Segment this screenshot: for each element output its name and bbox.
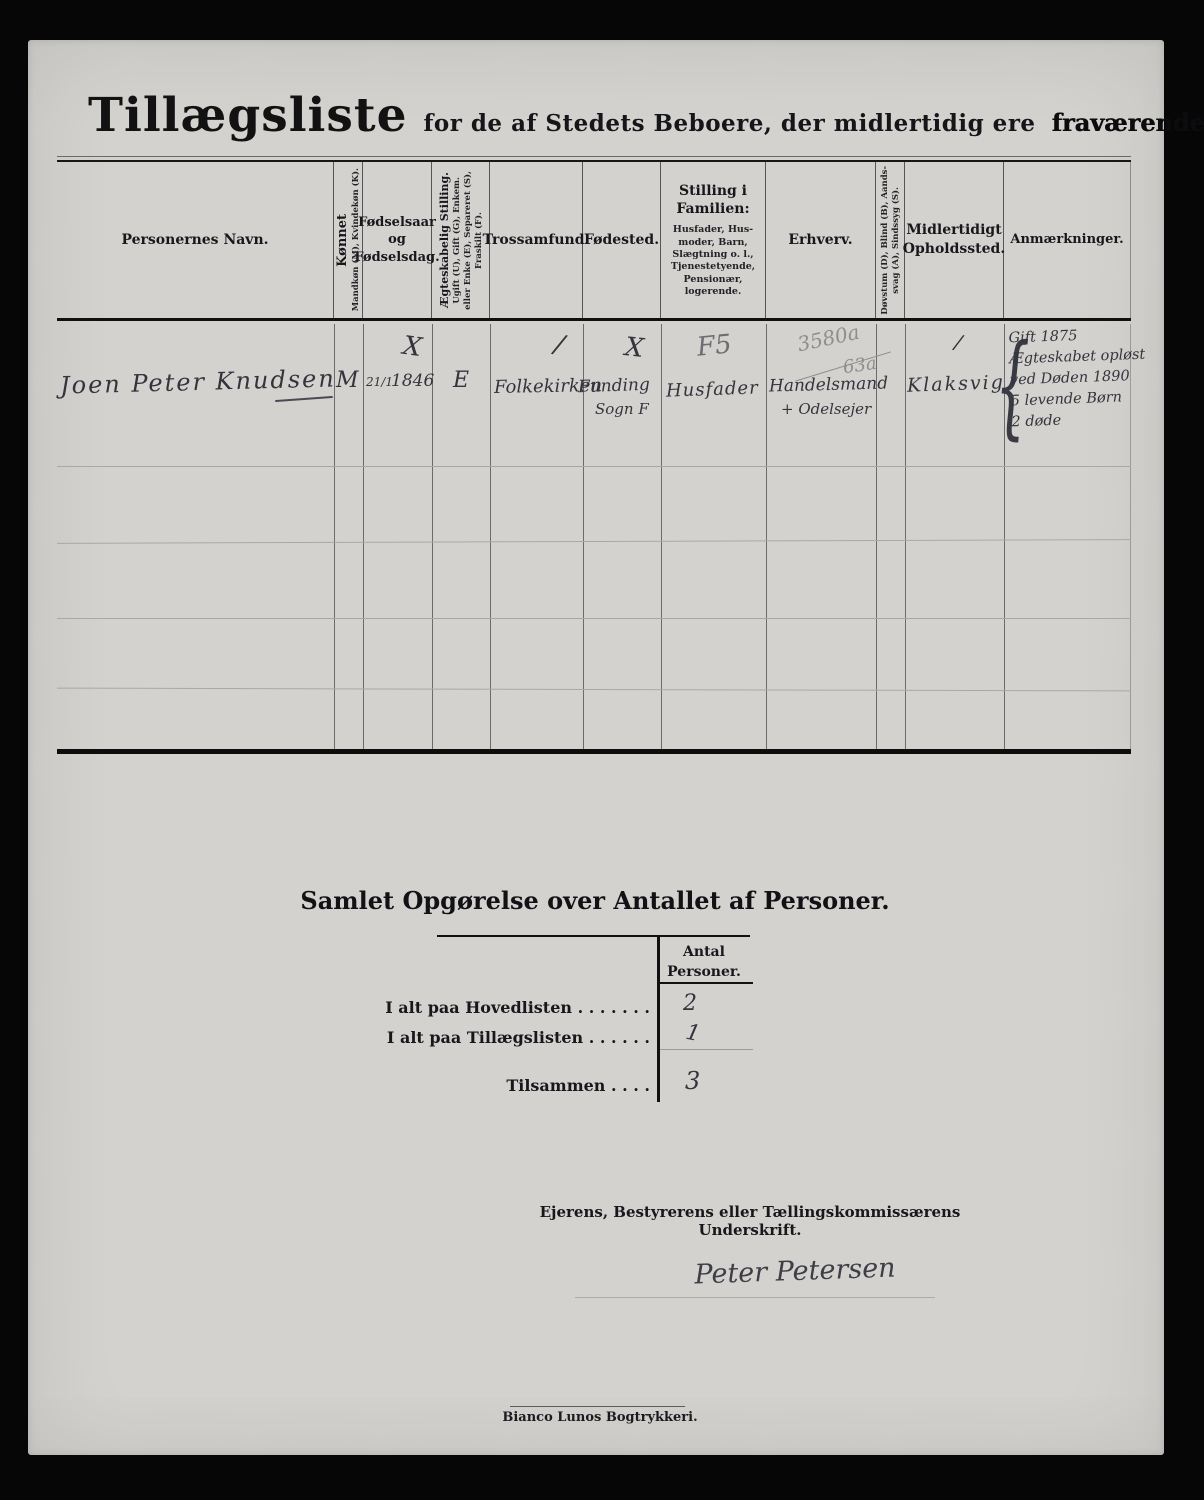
column-header-sex-sub: Mandkøn (M), Kvindekøn (K).	[351, 168, 361, 311]
column-header-birthplace: Fødested.	[583, 162, 661, 318]
check-mark-birth: X	[401, 331, 424, 363]
entry-birth-year: 1846	[391, 371, 434, 391]
row-rule	[57, 618, 1131, 619]
pencil-note-parcel: 3580a	[795, 320, 861, 357]
column-header-occupation-label: Erhverv.	[788, 231, 852, 250]
column-header-birthplace-label: Fødested.	[584, 231, 659, 250]
summary-subtotal-rule	[660, 1049, 753, 1050]
column-header-residence-label: Midlertidigt Opholdssted.	[903, 221, 1005, 259]
entry-birthplace-line2: Sogn F	[595, 400, 649, 418]
column-header-family-position-label: Stilling i Familien:	[663, 182, 763, 220]
column-header-marital-main: Ægteskabelig Stilling.	[438, 172, 451, 308]
table-top-hairline	[57, 156, 1131, 157]
column-header-remarks: Anmærkninger.	[1004, 162, 1131, 318]
summary-row-hovedlisten-value: 2	[683, 991, 697, 1016]
signature-handwritten: Peter Petersen	[645, 1251, 946, 1292]
column-header-birthdate: Fødselsaar og Fødselsdag.	[363, 162, 432, 318]
check-mark-residence: /	[953, 330, 964, 355]
signature-rule	[575, 1297, 935, 1298]
printer-imprint: Bianco Lunos Bogtrykkeri.	[470, 1410, 730, 1425]
column-header-disability-line1: Døvstum (D), Blind (B), Aands-	[880, 166, 890, 315]
form-title-subtitle: for de af Stedets Beboere, der midlertid…	[423, 110, 1035, 137]
column-header-marital: Ægteskabelig Stilling. Ugift (U), Gift (…	[432, 162, 490, 318]
census-table-header: Personernes Navn. Kønnet Mandkøn (M), Kv…	[57, 160, 1131, 321]
column-rule	[661, 324, 662, 749]
summary-col-header: Antal Personer.	[658, 943, 750, 982]
row-rule	[57, 688, 1131, 692]
signature-caption: Ejerens, Bestyrerens eller Tællingskommi…	[500, 1203, 1000, 1239]
summary-row-tillaegslisten-label: I alt paa Tillægslisten . . . . . .	[228, 1028, 650, 1047]
entry-birthplace-line1: Funding	[578, 375, 650, 397]
entry-sex: M	[336, 368, 359, 393]
summary-col-header-line2: Personer.	[658, 963, 750, 983]
column-header-disability: Døvstum (D), Blind (B), Aands- svag (A),…	[876, 162, 905, 318]
census-table-body: Joen Peter Knudsen M 21/1 1846 X E Folke…	[57, 324, 1131, 754]
summary-col-header-line1: Antal	[658, 943, 750, 963]
column-header-name: Personernes Navn.	[57, 162, 334, 318]
column-header-sex: Kønnet Mandkøn (M), Kvindekøn (K).	[334, 162, 363, 318]
column-header-remarks-label: Anmærkninger.	[1010, 231, 1123, 249]
form-title-main: Tillægsliste	[88, 88, 407, 143]
column-header-family-position: Stilling i Familien: Husfader, Hus-moder…	[661, 162, 766, 318]
column-header-family-position-sub: Husfader, Hus-moder, Barn, Slægtning o. …	[663, 224, 763, 298]
entry-residence: Klaksvig	[907, 371, 1006, 396]
row-rule	[57, 539, 1131, 544]
column-header-name-label: Personernes Navn.	[121, 231, 268, 250]
printer-rule	[510, 1406, 685, 1407]
column-header-disability-line2: svag (A), Sindssyg (S).	[891, 187, 901, 294]
entry-family-position: Husfader	[666, 377, 759, 401]
entry-birth-day: 21/1	[366, 375, 393, 389]
entry-name: Joen Peter Knudsen	[60, 364, 336, 399]
form-title: Tillægsliste for de af Stedets Beboere, …	[88, 88, 1204, 143]
summary-heading: Samlet Opgørelse over Antallet af Person…	[300, 886, 890, 915]
summary-top-rule	[437, 935, 750, 937]
column-rule	[905, 324, 906, 749]
column-header-marital-sub2: eller Enke (E), Separeret (S),	[463, 171, 473, 310]
row-rule	[57, 466, 1131, 467]
entry-occupation-line1: Handelsmand	[769, 373, 889, 396]
summary-row-tillaegslisten-value: 1	[684, 1020, 703, 1047]
summary-header-rule	[660, 982, 753, 984]
column-header-marital-sub3: Fraskilt (F).	[474, 212, 484, 269]
column-header-sex-main: Kønnet	[335, 214, 350, 267]
column-header-marital-sub1: Ugift (U), Gift (G), Enkem.	[452, 177, 462, 304]
check-mark-birthplace: X	[623, 332, 645, 364]
scan-background: Tillægsliste for de af Stedets Beboere, …	[0, 0, 1204, 1500]
column-header-birthdate-label: Fødselsaar og Fødselsdag.	[354, 214, 439, 267]
pen-flourish	[275, 396, 333, 402]
column-header-occupation: Erhverv.	[766, 162, 876, 318]
column-rule	[766, 324, 767, 749]
column-header-religion: Trossamfund.	[490, 162, 583, 318]
check-mark-religion: /	[552, 329, 567, 360]
column-header-residence: Midlertidigt Opholdssted.	[905, 162, 1004, 318]
check-mark-family: F5	[696, 329, 734, 362]
summary-row-total-value: 3	[685, 1067, 700, 1095]
column-rule	[490, 324, 491, 749]
document-page: Tillægsliste for de af Stedets Beboere, …	[28, 40, 1164, 1455]
entry-marital-status: E	[453, 368, 469, 393]
summary-row-total-label: Tilsammen . . . .	[228, 1076, 650, 1095]
entry-remarks: Gift 1875 Ægteskabet opløst ved Døden 18…	[1008, 324, 1148, 434]
column-rule	[363, 324, 364, 749]
entry-remarks-line5: 2 døde	[1011, 408, 1148, 434]
summary-row-hovedlisten-label: I alt paa Hovedlisten . . . . . . .	[228, 998, 650, 1017]
column-header-religion-label: Trossamfund.	[483, 231, 590, 250]
entry-occupation-line2: + Odelsejer	[781, 400, 871, 418]
form-title-emphasis: fraværende.	[1052, 108, 1204, 137]
